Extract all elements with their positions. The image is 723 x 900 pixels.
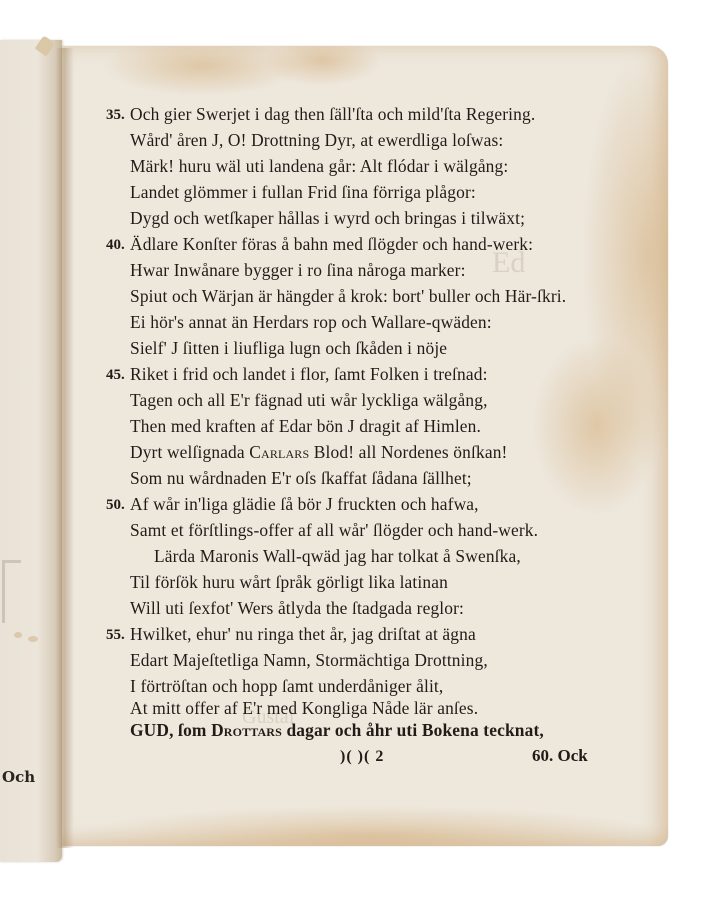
verse-name-smallcaps: Carlars [249,442,309,462]
verse-line: Samt et förſtlings-offer af all wår' ſlö… [130,520,538,541]
verse-line: Then med kraften af Edar bön J dragit af… [130,416,481,437]
book-spine-gutter [56,48,74,848]
verse-line: Af wår in'liga glädie ſå bör J fruckten … [130,494,479,515]
verse-line: Landet glömmer i fullan Frid ſina förrig… [130,182,476,203]
foxing-spot [28,636,38,642]
verse-line: Ei hör's annat än Herdars rop och Wallar… [130,312,492,333]
verse-text-part: Dyrt welſignada [130,442,249,462]
verse-line: Hwilket, ehur' nu ringa thet år, jag dri… [130,624,476,645]
verse-line: At mitt offer af E'r med Kongliga Nåde l… [130,698,478,719]
verse-text-part: GUD, ſom [130,720,211,740]
verse-text-block: 35. Och gier Swerjet i dag then ſäll'ſta… [62,46,668,846]
verse-text-part: Blod! all Nordenes önſkan! [309,442,507,462]
verse-line: Ädlare Konſter föras å bahn med ſlögder … [130,234,533,255]
verse-line: Dyrt welſignada Carlars Blod! all Norden… [130,442,507,463]
line-number: 45. [106,367,125,384]
verse-line: Tagen och all E'r fägnad uti wår lycklig… [130,390,488,411]
verse-line: Spiut och Wärjan är hängder å krok: bort… [130,286,566,307]
verse-line: Som nu wårdnaden E'r oſs ſkaffat ſådana … [130,468,472,489]
line-number: 40. [106,237,125,254]
book-photo: Och Ed Gustaf 35. Och gier Swerjet i dag… [0,0,723,900]
verse-line: Wård' åren J, O! Drottning Dyr, at ewerd… [130,130,503,151]
verse-line: I förtröſtan och hopp ſamt underdåniger … [130,676,443,697]
verse-line: GUD, ſom Drottars dagar och åhr uti Boke… [130,720,544,741]
line-number: 55. [106,627,125,644]
line-number: 50. [106,497,125,514]
verse-name-smallcaps: Drottars [211,720,282,740]
catchword: 60. Ock [532,746,588,766]
signature-mark: )( )( 2 [340,748,384,766]
show-through-mark [2,560,21,623]
left-page-catchword: Och [2,768,35,786]
verse-line: Sielf' J ſitten i liufliga lugn och ſkåd… [130,338,447,359]
left-page: Och [0,40,62,862]
verse-line: Dygd och wetſkaper hållas i wyrd och bri… [130,208,525,229]
line-number: 35. [106,107,125,124]
verse-line-indented: Lärda Maronis Wall-qwäd jag har tolkat å… [154,546,521,567]
verse-line: Hwar Inwånare bygger i ro ſina nåroga ma… [130,260,466,281]
verse-line: Och gier Swerjet i dag then ſäll'ſta och… [130,104,535,125]
verse-line: Til förſök huru wårt ſpråk görligt lika … [130,572,448,593]
verse-line: Riket i frid och landet i flor, ſamt Fol… [130,364,488,385]
right-page: Ed Gustaf 35. Och gier Swerjet i dag the… [62,46,668,846]
verse-line: Märk! huru wäl uti landena går: Alt flód… [130,156,508,177]
verse-text-part: dagar och åhr uti Bokena tecknat, [282,720,544,740]
verse-line: Will uti ſexfot' Wers åtlyda the ſtadgad… [130,598,464,619]
verse-line: Edart Majeſtetliga Namn, Stormächtiga Dr… [130,650,488,671]
foxing-spot [14,632,22,638]
